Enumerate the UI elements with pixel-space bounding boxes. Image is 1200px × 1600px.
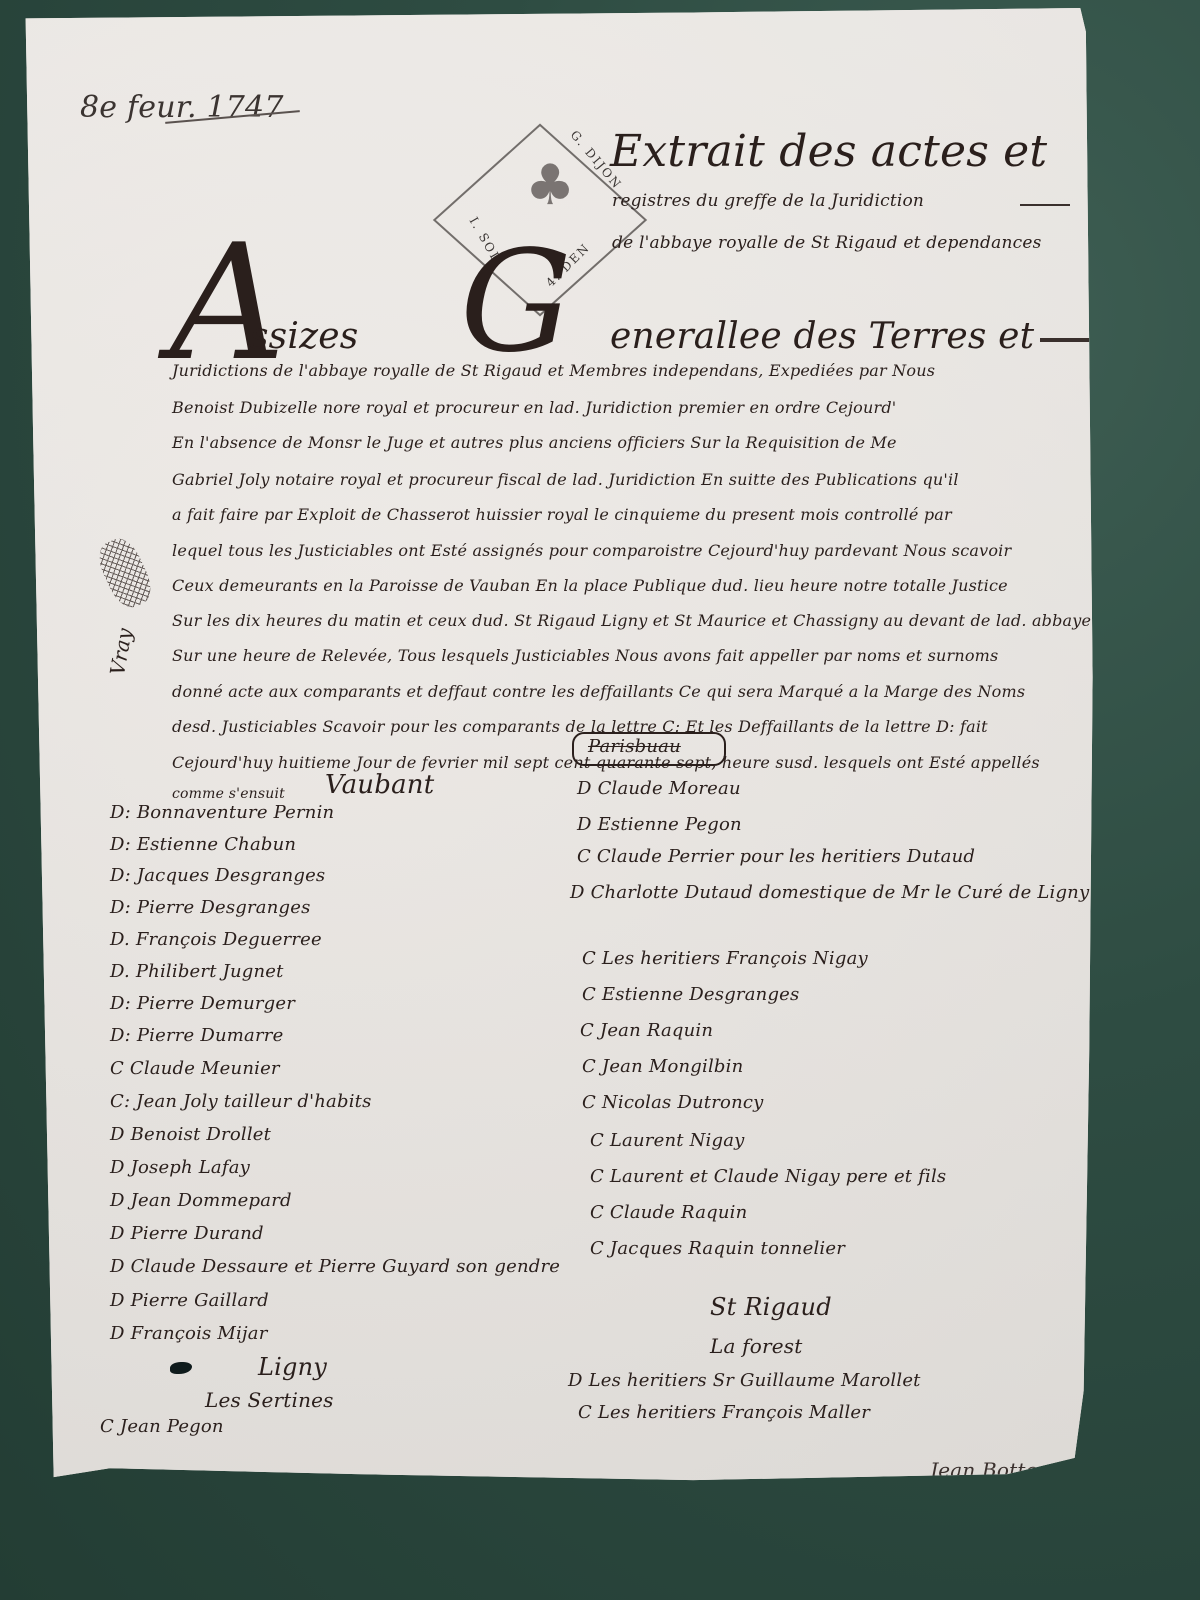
person-name: Pierre Dumarre	[137, 1025, 284, 1046]
person-name: Jean Pegon	[120, 1416, 224, 1437]
attendance-mark: C	[582, 984, 596, 1005]
attendance-mark: C:	[110, 1091, 130, 1112]
attendance-mark: D:	[110, 802, 131, 823]
body-line: Juridictions de l'abbaye royalle de St R…	[172, 361, 935, 380]
list-item: D Benoist Drollet	[110, 1124, 271, 1145]
person-name: Jacques Desgranges	[137, 865, 326, 886]
heading-initial-a: A	[170, 223, 286, 383]
attendance-mark: D.	[110, 961, 130, 982]
body-line: Benoist Dubizelle nore royal et procureu…	[172, 398, 896, 417]
crossed-out-word: Parisbuau	[588, 736, 681, 757]
document-title: Extrait des actes et	[610, 126, 1047, 177]
attendance-mark: D	[577, 778, 592, 799]
list-item: D Claude Moreau	[577, 778, 741, 799]
list-item: D Pierre Gaillard	[110, 1290, 269, 1311]
list-item: C Jean Mongilbin	[582, 1056, 743, 1077]
list-item: C Claude Perrier pour les heritiers Duta…	[577, 846, 975, 867]
attendance-mark: C	[582, 1056, 596, 1077]
attendance-mark: C	[590, 1130, 604, 1151]
attendance-mark: D	[110, 1323, 125, 1344]
person-name: Jean Joly tailleur d'habits	[136, 1091, 371, 1112]
body-line: Sur une heure de Relevée, Tous lesquels …	[172, 646, 998, 665]
list-item: D Pierre Durand	[110, 1223, 264, 1244]
ink-blot	[170, 1362, 192, 1374]
person-name: Bonnaventure Pernin	[137, 802, 335, 823]
list-item: D: Jacques Desgranges	[110, 865, 325, 886]
person-name: Claude Moreau	[598, 778, 741, 799]
attendance-mark: C	[590, 1238, 604, 1259]
list-item: C Jean Pegon	[100, 1416, 224, 1437]
attendance-mark: D:	[110, 897, 131, 918]
manuscript-page: 8e feur. 1747 ♣ G. DIJON I. SOL 4. DEN E…	[20, 8, 1142, 1495]
body-line: comme s'ensuit	[172, 786, 285, 802]
person-name: Nicolas Dutroncy	[602, 1092, 764, 1113]
attendance-mark: C	[590, 1202, 604, 1223]
person-name: Les heritiers Sr Guillaume Marollet	[589, 1370, 921, 1391]
title-subline-1: registres du greffe de la Juridiction	[612, 191, 924, 211]
place-heading-ligny: Ligny	[258, 1353, 327, 1381]
attendance-mark: C	[100, 1416, 114, 1437]
person-name: Jean Dommepard	[131, 1190, 292, 1211]
place-heading-st-rigaud: St Rigaud	[710, 1293, 832, 1321]
person-name: Pierre Durand	[131, 1223, 264, 1244]
list-item: D Claude Dessaure et Pierre Guyard son g…	[110, 1256, 560, 1277]
list-item: D. François Deguerree	[110, 929, 322, 950]
person-name: Charlotte Dutaud domestique de Mr le Cur…	[591, 882, 1090, 903]
person-name: Claude Perrier pour les heritiers Dutaud	[597, 846, 975, 867]
list-item: C Laurent Nigay	[590, 1130, 745, 1151]
subplace-heading-sertines: Les Sertines	[205, 1388, 334, 1412]
body-line: lequel tous les Justiciables ont Esté as…	[172, 541, 1011, 560]
attendance-mark: C	[577, 846, 591, 867]
attendance-mark: C	[578, 1402, 592, 1423]
list-item: D. Philibert Jugnet	[110, 961, 284, 982]
person-name: Pierre Demurger	[137, 993, 295, 1014]
person-name: François Deguerree	[136, 929, 322, 950]
person-name: Estienne Desgranges	[602, 984, 800, 1005]
person-name: Pierre Desgranges	[137, 897, 311, 918]
attendance-mark: D	[577, 814, 592, 835]
list-item: D Estienne Pegon	[577, 814, 742, 835]
attendance-mark: D:	[110, 993, 131, 1014]
heading-word-generales: enerallee des Terres et	[610, 316, 1034, 357]
body-line: Ceux demeurants en la Paroisse de Vauban…	[172, 576, 1008, 595]
attendance-mark: C	[582, 1092, 596, 1113]
list-item: C Laurent et Claude Nigay pere et fils	[590, 1166, 946, 1187]
attendance-mark: D:	[110, 1025, 131, 1046]
attendance-mark: C	[580, 1020, 594, 1041]
list-item: D Les heritiers Sr Guillaume Marollet	[568, 1370, 921, 1391]
person-name: Philibert Jugnet	[136, 961, 284, 982]
heading-word-assizes: ssizes	[250, 316, 358, 357]
person-name: Claude Meunier	[130, 1058, 280, 1079]
person-name: Claude Dessaure et Pierre Guyard son gen…	[131, 1256, 561, 1277]
attendance-mark: C	[582, 948, 596, 969]
list-item: C Les heritiers François Maller	[578, 1402, 870, 1423]
attendance-mark: C	[590, 1166, 604, 1187]
list-item: D Jean Dommepard	[110, 1190, 292, 1211]
attendance-mark: D	[570, 882, 585, 903]
attendance-mark: D	[110, 1223, 125, 1244]
attendance-mark: D:	[110, 865, 131, 886]
person-name: Benoist Drollet	[131, 1124, 272, 1145]
body-line: Gabriel Joly notaire royal et procureur …	[172, 470, 959, 489]
list-item: C Jean Raquin	[580, 1020, 713, 1041]
signature: Jean Botte	[930, 1458, 1038, 1482]
person-name: Claude Raquin	[610, 1202, 748, 1223]
list-item: D: Pierre Dumarre	[110, 1025, 283, 1046]
person-name: François Mijar	[131, 1323, 268, 1344]
attendance-mark: D	[110, 1190, 125, 1211]
person-name: Jean Mongilbin	[602, 1056, 743, 1077]
person-name: Joseph Lafay	[131, 1157, 250, 1178]
body-line: En l'absence de Monsr le Juge et autres …	[172, 433, 897, 452]
subplace-heading-la-forest: La forest	[710, 1334, 803, 1358]
attendance-mark: D	[110, 1290, 125, 1311]
body-line: donné acte aux comparants et deffaut con…	[172, 682, 1025, 701]
heading-flourish	[1040, 338, 1110, 342]
list-item: D François Mijar	[110, 1323, 268, 1344]
margin-note: Vray	[105, 626, 137, 677]
person-name: Jean Raquin	[600, 1020, 713, 1041]
palm-tree-stamp-icon: ♣	[525, 153, 575, 218]
list-item: C Jacques Raquin tonnelier	[590, 1238, 845, 1259]
person-name: Les heritiers François Maller	[598, 1402, 870, 1423]
list-item: D Charlotte Dutaud domestique de Mr le C…	[570, 882, 1089, 903]
body-line: a fait faire par Exploit de Chasserot hu…	[172, 505, 952, 524]
heading-initial-g: G	[460, 233, 572, 373]
attendance-mark: D.	[110, 929, 130, 950]
list-item: D: Pierre Desgranges	[110, 897, 311, 918]
list-item: C Claude Raquin	[590, 1202, 747, 1223]
person-name: Pierre Gaillard	[131, 1290, 269, 1311]
list-item: C: Jean Joly tailleur d'habits	[110, 1091, 372, 1112]
list-item: C Estienne Desgranges	[582, 984, 799, 1005]
place-heading-vauban: Vaubant	[325, 770, 434, 800]
attendance-mark: D:	[110, 834, 131, 855]
list-item: D: Pierre Demurger	[110, 993, 295, 1014]
list-item: D: Estienne Chabun	[110, 834, 296, 855]
attendance-mark: D	[568, 1370, 583, 1391]
list-item: C Claude Meunier	[110, 1058, 280, 1079]
list-item: C Nicolas Dutroncy	[582, 1092, 764, 1113]
attendance-mark: D	[110, 1256, 125, 1277]
person-name: Les heritiers François Nigay	[602, 948, 868, 969]
margin-scribble	[92, 533, 158, 613]
title-subline-2: de l'abbaye royalle de St Rigaud et depe…	[612, 233, 1042, 253]
attendance-mark: C	[110, 1058, 124, 1079]
person-name: Estienne Chabun	[137, 834, 296, 855]
list-item: D Joseph Lafay	[110, 1157, 250, 1178]
attendance-mark: D	[110, 1124, 125, 1145]
person-name: Estienne Pegon	[598, 814, 742, 835]
list-item: C Les heritiers François Nigay	[582, 948, 868, 969]
person-name: Jacques Raquin tonnelier	[610, 1238, 845, 1259]
title-rule	[1020, 204, 1070, 206]
list-item: D: Bonnaventure Pernin	[110, 802, 334, 823]
person-name: Laurent et Claude Nigay pere et fils	[610, 1166, 946, 1187]
attendance-mark: D	[110, 1157, 125, 1178]
person-name: Laurent Nigay	[610, 1130, 745, 1151]
body-line: Sur les dix heures du matin et ceux dud.…	[172, 611, 1091, 630]
